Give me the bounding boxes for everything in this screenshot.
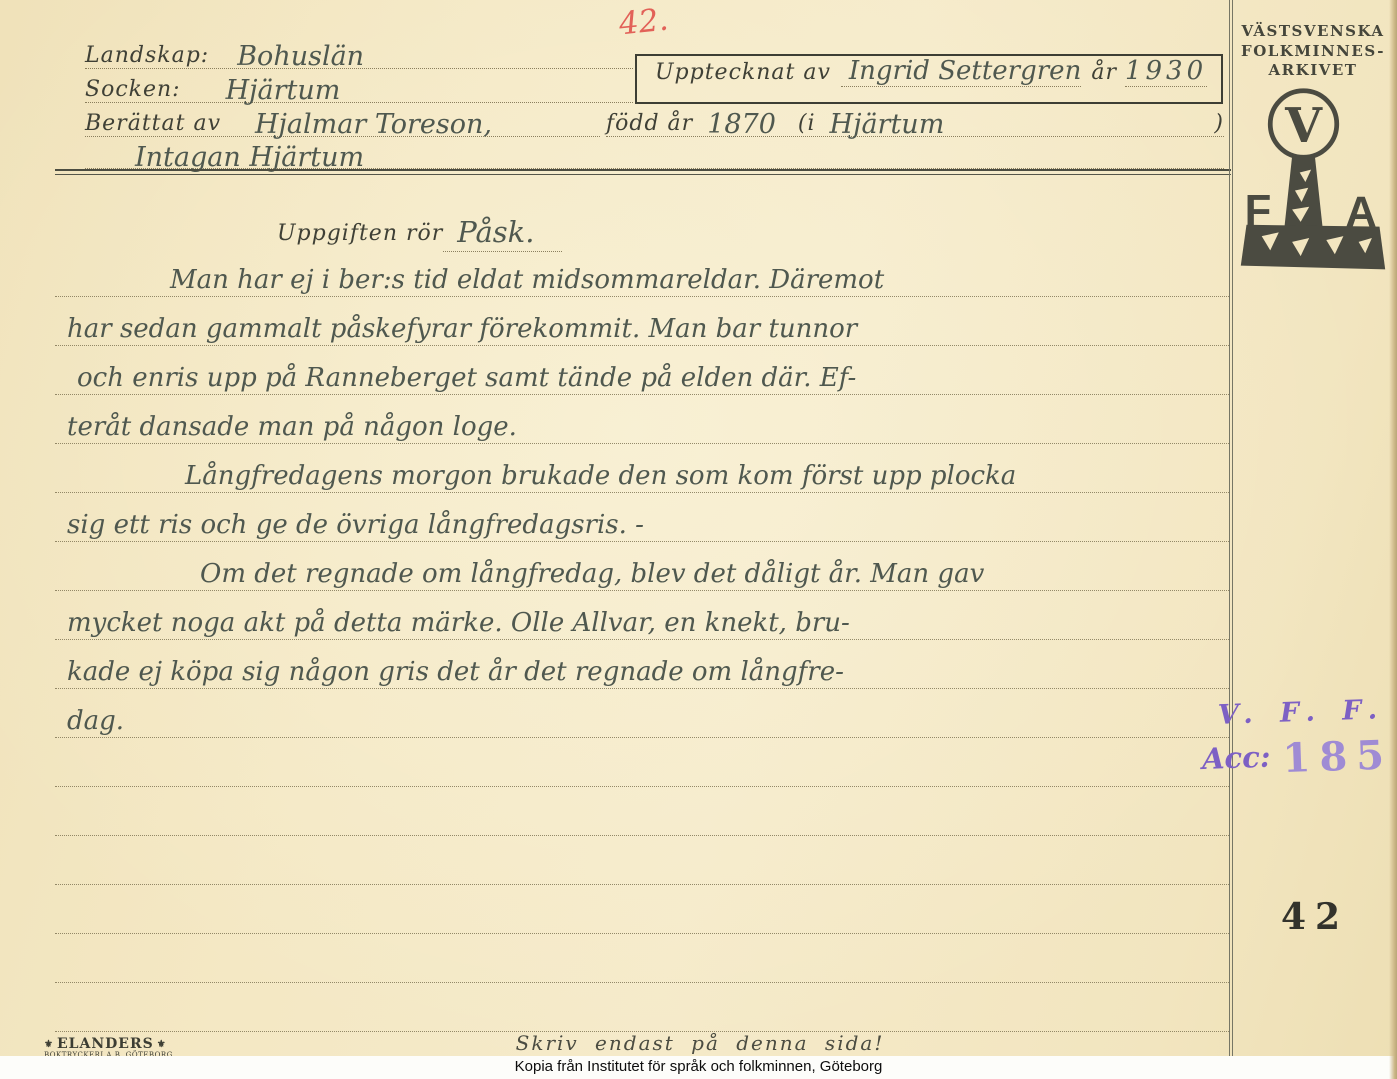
- landskap-label: Landskap:: [85, 43, 209, 68]
- archive-name-line1: VÄSTSVENSKA: [1237, 22, 1389, 42]
- body-line: Långfredagens morgon brukade den som kom…: [55, 444, 1229, 493]
- archive-name-line2: FOLKMINNES-: [1237, 42, 1389, 62]
- berattat-value-line2: Intagan Hjärtum: [135, 144, 364, 171]
- page-number-stamp: 42: [1281, 896, 1349, 938]
- fodd-value: 1870: [707, 111, 776, 138]
- scan-edge: [1389, 0, 1397, 1079]
- subject-line: Uppgiften rör Påsk.: [277, 213, 562, 250]
- body-line: Om det regnade om långfredag, blev det d…: [55, 542, 1229, 591]
- thors-hammer-logo-icon: V F A: [1237, 82, 1389, 282]
- field-berattat-av: Berättat av Hjalmar Toreson,: [85, 108, 600, 137]
- berattat-label: Berättat av: [85, 111, 221, 136]
- monogram-a: A: [1345, 188, 1377, 237]
- body-line: teråt dansade man på någon loge.: [55, 395, 1229, 444]
- field-fodd: född år 1870 (i Hjärtum ): [606, 108, 1224, 137]
- socken-value: Hjärtum: [226, 77, 341, 104]
- year-label: år: [1091, 60, 1117, 85]
- berattat-value: Hjalmar Toreson,: [255, 111, 492, 138]
- birthplace-close: ): [1214, 111, 1224, 136]
- subject-label: Uppgiften rör: [277, 221, 443, 246]
- ruled-line-empty: [55, 738, 1229, 787]
- document-page: 42. Landskap: Bohuslän Socken: Hjärtum B…: [0, 0, 1397, 1079]
- body-line: Man har ej i ber:s tid eldat midsommarel…: [55, 248, 1229, 297]
- printer-ornament-icon: ⚜: [157, 1039, 167, 1050]
- acc-label: Acc:: [1201, 740, 1271, 776]
- printer-name: ELANDERS: [57, 1036, 154, 1052]
- birthplace-open: (i: [798, 111, 816, 136]
- write-only-this-side-note: Skriv endast på denna sida!: [430, 1031, 970, 1055]
- column-separator: [1229, 0, 1233, 1056]
- body-line: och enris upp på Ranneberget samt tände …: [55, 346, 1229, 395]
- ruled-line-empty: [55, 885, 1229, 934]
- acc-number: 1857: [1282, 734, 1397, 779]
- ruled-line-empty: [55, 836, 1229, 885]
- socken-label: Socken:: [85, 77, 181, 102]
- field-socken: Socken: Hjärtum: [85, 74, 633, 103]
- monogram-f: F: [1245, 186, 1272, 235]
- red-page-number: 42.: [617, 2, 670, 43]
- archive-name-line3: ARKIVET: [1237, 61, 1389, 81]
- copy-notice-bar: Kopia från Institutet för språk och folk…: [0, 1056, 1397, 1079]
- body-line: mycket noga akt på detta märke. Olle All…: [55, 591, 1229, 640]
- field-berattat-line2: Intagan Hjärtum: [85, 141, 1224, 169]
- body-line: dag.: [55, 689, 1229, 738]
- birthplace-value: Hjärtum: [830, 111, 1215, 138]
- vff-stamp: V. F. F.: [1214, 694, 1391, 731]
- body-text: Man har ej i ber:s tid eldat midsommarel…: [55, 248, 1229, 1032]
- accession-stamp: Acc: 1857: [1201, 734, 1397, 782]
- archive-name: VÄSTSVENSKA FOLKMINNES- ARKIVET: [1237, 22, 1389, 81]
- subject-value: Påsk.: [443, 215, 562, 252]
- landskap-value: Bohuslän: [237, 43, 364, 70]
- printer-ornament-icon: ⚜: [44, 1039, 54, 1050]
- upptecknat-box: Upptecknat av Ingrid Settergren år 1930: [635, 54, 1223, 104]
- upptecknat-value: Ingrid Settergren: [841, 56, 1081, 87]
- field-landskap: Landskap: Bohuslän: [85, 40, 633, 69]
- header-divider: [55, 169, 1231, 175]
- year-value: 1930: [1125, 56, 1207, 87]
- body-line: kade ej köpa sig någon gris det år det r…: [55, 640, 1229, 689]
- fodd-label: född år: [606, 111, 693, 136]
- ruled-line-empty: [55, 934, 1229, 983]
- body-line: har sedan gammalt påskefyrar förekommit.…: [55, 297, 1229, 346]
- ruled-line-empty: [55, 787, 1229, 836]
- ruled-line-empty: [55, 983, 1229, 1032]
- upptecknat-label: Upptecknat av: [655, 60, 831, 85]
- body-line: sig ett ris och ge de övriga långfredags…: [55, 493, 1229, 542]
- monogram-v: V: [1284, 98, 1323, 154]
